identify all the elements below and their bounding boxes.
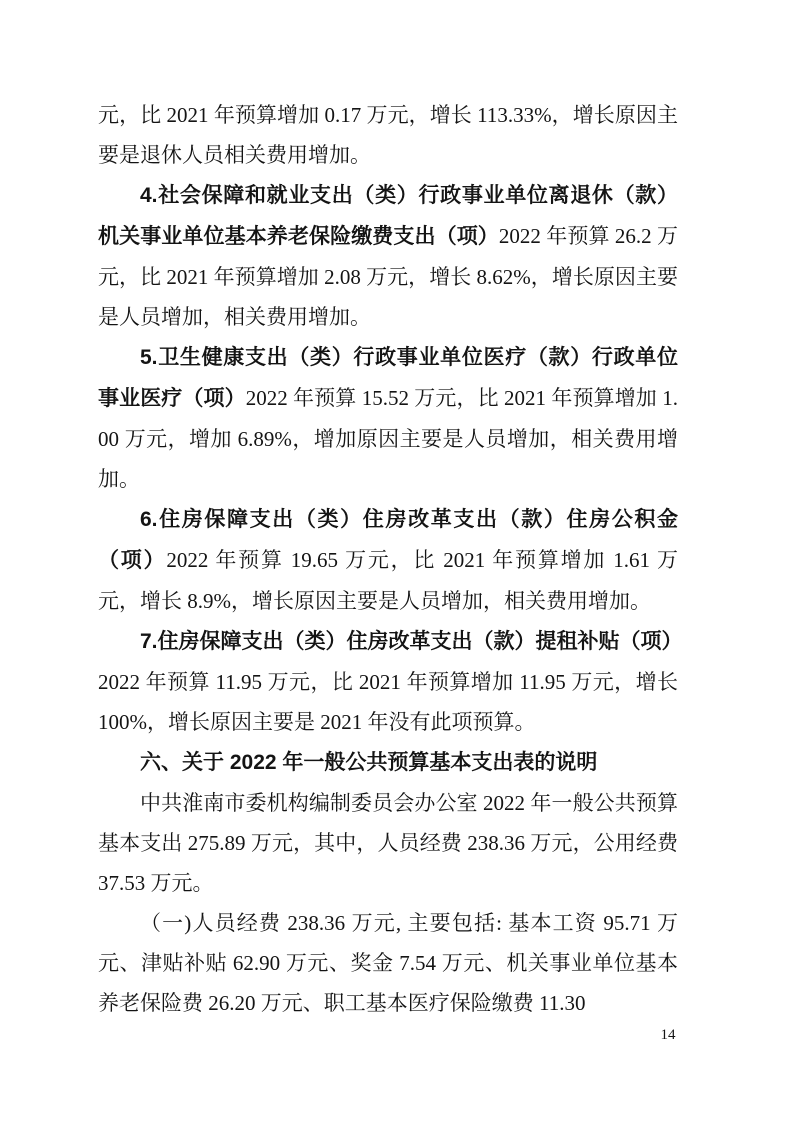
- paragraph-item-7-lead: 7.住房保障支出（类）住房改革支出（款）提租补贴（项）: [140, 630, 683, 653]
- paragraph-item-6: 6.住房保障支出（类）住房改革支出（款）住房公积金（项）2022 年预算 19.…: [98, 499, 678, 621]
- paragraph-item-4: 4.社会保障和就业支出（类）行政事业单位离退休（款）机关事业单位基本养老保险缴费…: [98, 175, 678, 337]
- paragraph-item-7: 7.住房保障支出（类）住房改革支出（款）提租补贴（项）2022 年预算 11.9…: [98, 621, 678, 742]
- paragraph-six-summary: 中共淮南市委机构编制委员会办公室 2022 年一般公共预算基本支出 275.89…: [98, 783, 678, 903]
- page-number: 14: [648, 1026, 688, 1044]
- section-heading-six-text: 六、关于 2022 年一般公共预算基本支出表的说明: [140, 751, 597, 774]
- paragraph-item-5: 5.卫生健康支出（类）行政事业单位医疗（款）行政单位事业医疗（项）2022 年预…: [98, 337, 678, 499]
- paragraph-six-summary-text: 中共淮南市委机构编制委员会办公室 2022 年一般公共预算基本支出 275.89…: [98, 791, 678, 895]
- document-body: 元，比 2021 年预算增加 0.17 万元，增长 113.33%，增长原因主要…: [98, 95, 678, 1023]
- section-heading-six: 六、关于 2022 年一般公共预算基本支出表的说明: [98, 742, 678, 783]
- paragraph-continuation: 元，比 2021 年预算增加 0.17 万元，增长 113.33%，增长原因主要…: [98, 95, 678, 175]
- paragraph-personnel-expenses-text: （一)人员经费 238.36 万元, 主要包括: 基本工资 95.71 万元、津…: [98, 911, 678, 1015]
- paragraph-item-7-body: 2022 年预算 11.95 万元，比 2021 年预算增加 11.95 万元，…: [98, 670, 678, 734]
- paragraph-personnel-expenses: （一)人员经费 238.36 万元, 主要包括: 基本工资 95.71 万元、津…: [98, 903, 678, 1023]
- paragraph-item-6-body: 2022 年预算 19.65 万元，比 2021 年预算增加 1.61 万元，增…: [98, 548, 678, 613]
- paragraph-continuation-text: 元，比 2021 年预算增加 0.17 万元，增长 113.33%，增长原因主要…: [98, 103, 678, 167]
- document-page: 元，比 2021 年预算增加 0.17 万元，增长 113.33%，增长原因主要…: [0, 0, 793, 1122]
